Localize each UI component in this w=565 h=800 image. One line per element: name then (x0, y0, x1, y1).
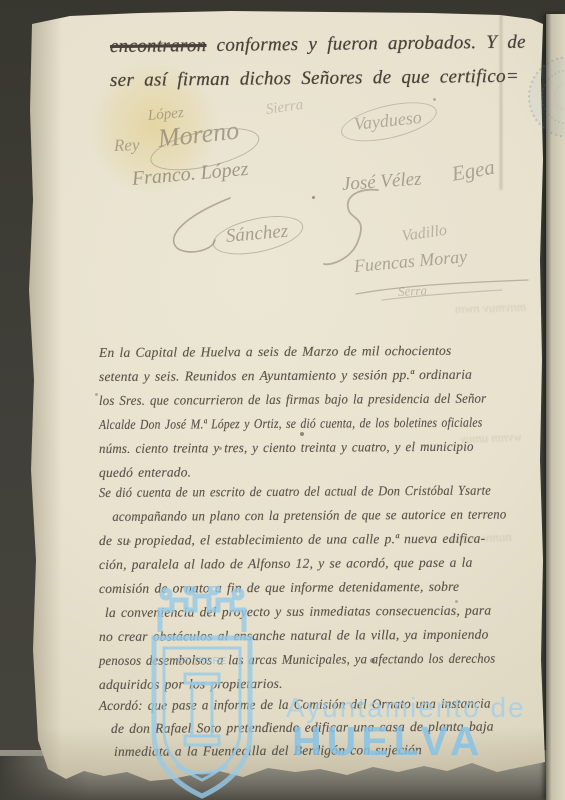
body-line: la conveniencia del proyecto y sus inmed… (99, 598, 543, 625)
ink-speck (312, 196, 315, 199)
signature-sierra: Sierra (265, 97, 305, 119)
body-line: Acordó: que pase a informe de la Comisió… (99, 691, 530, 717)
round-stamp-icon (524, 52, 565, 142)
body-line: ción, paralela al lado de Alfonso 12, y … (99, 550, 543, 577)
body-paragraph-2: Se dió cuenta de un escrito de cuatro de… (99, 481, 543, 697)
body-line: no crear obstáculos al ensanche natural … (99, 622, 543, 649)
body-line: comisión de ornato a fin de que informe … (99, 574, 543, 601)
body-line: de don Rafael Soto pretendiendo edificar… (99, 714, 543, 740)
signature-egea: Egea (450, 155, 497, 187)
signature-rey: Rey (114, 135, 140, 156)
body-line: núms. ciento treinta y tres, y ciento tr… (99, 434, 525, 461)
closing-line-1: encontraron conformes y fueron aprobados… (110, 31, 550, 58)
paper-edge-shading (28, 0, 62, 800)
body-line: setenta y seis. Reunidos en Ayuntamiento… (99, 362, 543, 389)
signature-flourish (165, 196, 245, 258)
body-paragraph-1: En la Capital de Huelva a seis de Marzo … (99, 341, 543, 485)
closing-line-1-text: conformes y fueron aprobados. Y de (206, 32, 526, 56)
signature-vaydueso: Vaydueso (353, 107, 423, 135)
ink-speck (433, 98, 436, 101)
ink-speck (95, 393, 98, 396)
body-line: En la Capital de Huelva a seis de Marzo … (99, 338, 543, 365)
document-paper: encontraron conformes y fueron aprobados… (0, 0, 565, 800)
body-line: Se dió cuenta de un escrito de cuatro de… (99, 479, 508, 505)
scanned-manuscript-page: encontraron conformes y fueron aprobados… (0, 0, 565, 800)
body-paragraph-3: Acordó: que pase a informe de la Comisió… (99, 694, 543, 763)
body-line: Alcalde Don José M.ª López y Ortiz, se d… (99, 411, 481, 437)
body-line: penosos desembolsos a las arcas Municipa… (99, 646, 516, 673)
closing-line-2: ser así firman dichos Señores de que cer… (110, 65, 550, 92)
signature-vadillo: Vadillo (401, 222, 448, 246)
body-line: los Sres. que concurrieron de las firmas… (99, 386, 521, 413)
struck-word: encontraron (110, 35, 207, 57)
body-line: de su propiedad, el establecimiento de u… (99, 526, 543, 553)
signature-flourish (318, 186, 388, 271)
body-line: acompañando un plano con la pretensión d… (99, 502, 521, 529)
body-line: inmediata a la Fuentecilla del Berdigón … (99, 737, 543, 763)
